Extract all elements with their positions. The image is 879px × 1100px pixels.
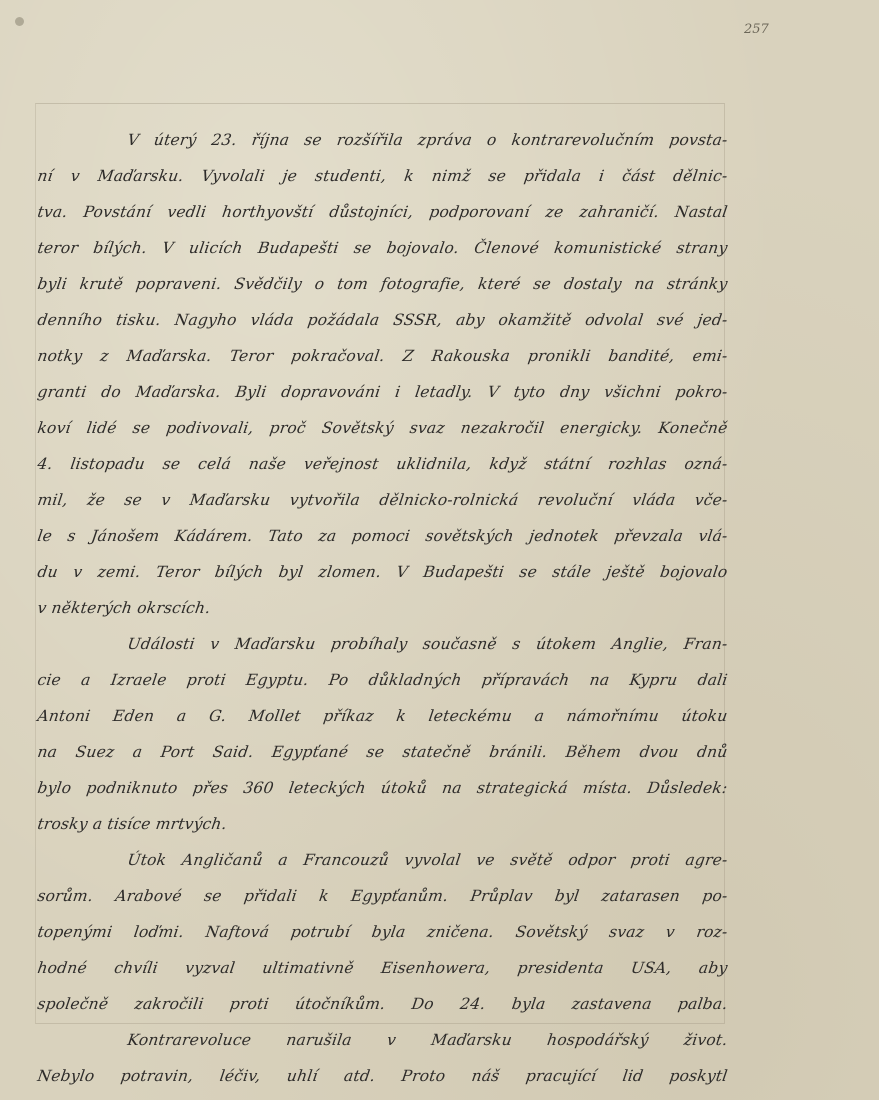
text-line: 4. listopadu se celá naše veřejnost ukli… — [35, 446, 730, 482]
paper-stain — [15, 17, 24, 26]
text-line: cie a Izraele proti Egyptu. Po důkladnýc… — [35, 662, 730, 698]
text-line: mil, že se v Maďarsku vytvořila dělnicko… — [35, 482, 730, 518]
text-line: trosky a tisíce mrtvých. — [35, 806, 730, 842]
text-line: granti do Maďarska. Byli dopravováni i l… — [35, 374, 730, 410]
text-line: ní v Maďarsku. Vyvolali je studenti, k n… — [35, 158, 730, 194]
text-line: Události v Maďarsku probíhaly současně s… — [35, 626, 730, 662]
text-line: denního tisku. Nagyho vláda požádala SSS… — [35, 302, 730, 338]
text-line: topenými loďmi. Naftová potrubí byla zni… — [35, 914, 730, 950]
text-line: Nebylo potravin, léčiv, uhlí atd. Proto … — [35, 1058, 730, 1094]
text-line: notky z Maďarska. Teror pokračoval. Z Ra… — [35, 338, 730, 374]
text-line: společně zakročili proti útočníkům. Do 2… — [35, 986, 730, 1022]
text-line: koví lidé se podivovali, proč Sovětský s… — [35, 410, 730, 446]
text-line: na Suez a Port Said. Egypťané se statečn… — [35, 734, 730, 770]
text-line: Antoni Eden a G. Mollet příkaz k letecké… — [35, 698, 730, 734]
text-line: le s Jánošem Kádárem. Tato za pomoci sov… — [35, 518, 730, 554]
text-line: Kontrarevoluce narušila v Maďarsku hospo… — [35, 1022, 730, 1058]
text-line: Útok Angličanů a Francouzů vyvolal ve sv… — [35, 842, 730, 878]
text-line: teror bílých. V ulicích Budapešti se boj… — [35, 230, 730, 266]
page-number: 257 — [744, 22, 769, 37]
text-line: sorům. Arabové se přidali k Egypťanům. P… — [35, 878, 730, 914]
text-line: hodné chvíli vyzval ultimativně Eisenhow… — [35, 950, 730, 986]
text-line: v některých okrscích. — [35, 590, 730, 626]
text-line: tva. Povstání vedli horthyovští důstojní… — [35, 194, 730, 230]
text-line: du v zemi. Teror bílých byl zlomen. V Bu… — [35, 554, 730, 590]
text-line: byli krutě popraveni. Svědčily o tom fot… — [35, 266, 730, 302]
handwritten-text-block: V úterý 23. října se rozšířila zpráva o … — [35, 122, 725, 1094]
text-line: bylo podniknuto přes 360 leteckých útoků… — [35, 770, 730, 806]
text-line: V úterý 23. října se rozšířila zpráva o … — [35, 122, 730, 158]
